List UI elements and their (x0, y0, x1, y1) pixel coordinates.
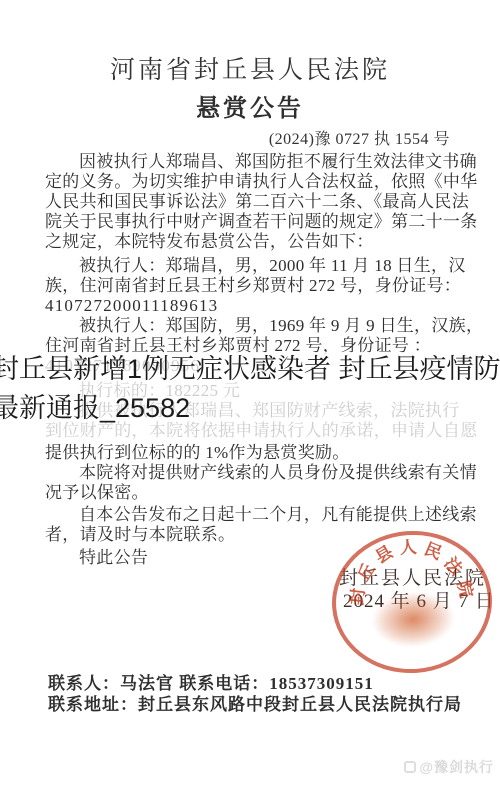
seal-ring-text: 封丘县人民法院 (332, 530, 493, 674)
case-number: (2024)豫 0727 执 1554 号 (269, 126, 450, 149)
doc-line: 被执行人：郑国防，男，1969 年 9 月 9 日生，汉族， (79, 316, 491, 336)
court-name: 河南省封丘县人民法院 (0, 50, 500, 86)
doc-line: 况予以保密。 (45, 483, 457, 503)
court-seal: 封丘县人民法院 (327, 526, 497, 679)
notice-title: 悬赏公告 (0, 88, 500, 123)
doc-line: 院关于民事执行中财产调查若干问题的规定》第二十一条 (45, 212, 457, 232)
doc-line-id-number: 410727200011189613 (45, 296, 457, 316)
caption-overlay: 封丘县新增1例无症状感染者 封丘县疫情防控 最新通报_25582 (0, 350, 500, 428)
watermark: @豫剑执行 (404, 757, 494, 777)
caption-line-2: 最新通报_25582 (0, 389, 500, 428)
watermark-text: @豫剑执行 (419, 757, 494, 777)
watermark-logo-icon (404, 761, 416, 773)
doc-line: 本院将对提供财产线索的人员身份及提供线索有关情 (79, 463, 491, 483)
doc-line: 之规定，本院特发布悬赏公告，公告如下： (45, 232, 457, 252)
doc-line: 因被执行人郑瑞昌、郑国防拒不履行生效法律文书确 (79, 152, 491, 172)
doc-line: 族，住河南省封丘县王村乡郑贾村 272 号，身份证号： (45, 276, 457, 296)
doc-line: 人民共和国民事诉讼法》第二百六十二条、《最高人民法 (45, 192, 457, 212)
doc-line: 定的义务。为切实维护申请执行人合法权益，依照《中华 (45, 172, 457, 192)
doc-line: 被执行人：郑瑞昌，男，2000 年 11 月 18 日生，汉 (79, 256, 491, 276)
doc-line: 自本公告发布之日起十二个月，凡有能提供上述线索 (79, 505, 491, 525)
contact-address-line: 联系地址：封丘县东风路中段封丘县人民法院执行局 (48, 690, 462, 715)
doc-line: 提供执行到位标的的 1%作为悬赏奖励。 (45, 443, 457, 463)
caption-line-1: 封丘县新增1例无症状感染者 封丘县疫情防控 (0, 350, 500, 389)
